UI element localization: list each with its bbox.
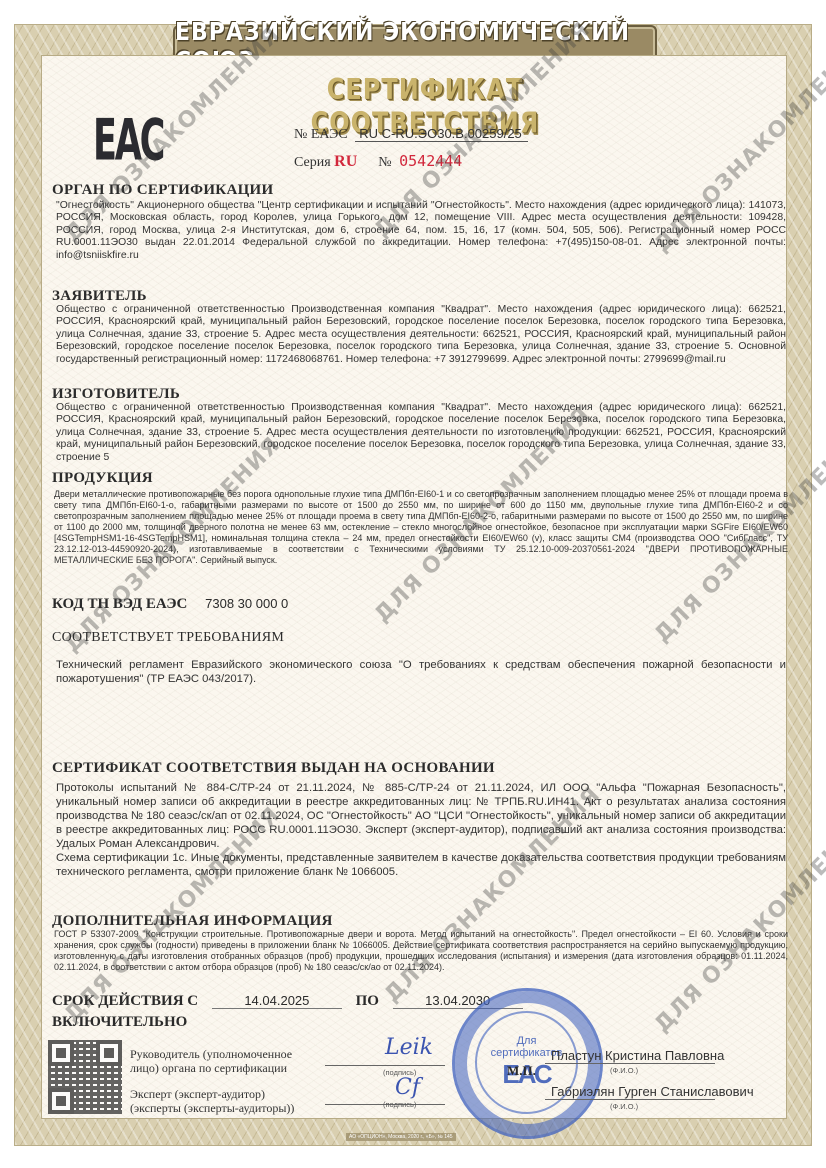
validity-from-date: 14.04.2025 bbox=[212, 993, 342, 1009]
head-label-line-2: лицо) органа по сертификации bbox=[130, 1061, 292, 1075]
expert-signature-caption: (подпись) bbox=[383, 1100, 416, 1109]
section-title-cert-body: ОРГАН ПО СЕРТИФИКАЦИИ bbox=[52, 182, 274, 199]
section-text-basis-scheme: Схема сертификации 1с. Иные документы, п… bbox=[56, 851, 786, 879]
head-name: Пластун Кристина Павловна bbox=[551, 1048, 724, 1063]
section-title-manufacturer: ИЗГОТОВИТЕЛЬ bbox=[52, 386, 180, 403]
section-text-applicant: Общество с ограниченной ответственностью… bbox=[56, 304, 786, 366]
section-text-product: Двери металлические противопожарные без … bbox=[54, 489, 788, 566]
validity-inclusive: ВКЛЮЧИТЕЛЬНО bbox=[52, 1014, 187, 1031]
seal-label: М.П. bbox=[507, 1063, 536, 1079]
section-text-conforms: Технический регламент Евразийского эконо… bbox=[56, 658, 786, 686]
expert-label-line-2: (эксперты (эксперты-аудиторы)) bbox=[130, 1101, 294, 1115]
blank-series: Серия RU № 0542444 bbox=[294, 152, 462, 171]
section-title-additional: ДОПОЛНИТЕЛЬНАЯ ИНФОРМАЦИЯ bbox=[52, 913, 333, 930]
section-text-manufacturer: Общество с ограниченной ответственностью… bbox=[56, 402, 786, 464]
qr-finder-icon bbox=[48, 1040, 74, 1066]
head-name-caption: (Ф.И.О.) bbox=[610, 1066, 638, 1075]
expert-name: Габриэлян Гурген Станиславович bbox=[551, 1084, 754, 1099]
stamp-text-1: Для bbox=[517, 1035, 537, 1047]
expert-name-caption: (Ф.И.О.) bbox=[610, 1102, 638, 1111]
section-title-product: ПРОДУКЦИЯ bbox=[52, 470, 153, 487]
section-text-additional: ГОСТ Р 53307-2009 "Конструкции строитель… bbox=[54, 929, 788, 973]
tnved-code: КОД ТН ВЭД ЕАЭС 7308 30 000 0 bbox=[52, 596, 288, 613]
validity-period: СРОК ДЕЙСТВИЯ С 14.04.2025 ПО 13.04.2030 bbox=[52, 993, 533, 1010]
section-title-conforms: СООТВЕТСТВУЕТ ТРЕБОВАНИЯМ bbox=[52, 630, 284, 646]
section-text-basis: Протоколы испытаний № 884-С/ТР-24 от 21.… bbox=[56, 781, 786, 851]
series-value: RU bbox=[334, 153, 357, 170]
certificate-number-value: RU C-RU.ЭО30.В.00259/25 bbox=[355, 126, 528, 142]
qr-finder-icon bbox=[96, 1040, 122, 1066]
certificate-number: № ЕАЭС RU C-RU.ЭО30.В.00259/25 bbox=[294, 126, 528, 143]
qr-code-icon[interactable] bbox=[48, 1040, 122, 1114]
validity-from-label: СРОК ДЕЙСТВИЯ С bbox=[52, 993, 198, 1009]
head-signature-icon: Leik bbox=[385, 1035, 433, 1060]
blank-number-value: 0542444 bbox=[399, 152, 462, 170]
section-text-cert-body: "Огнестойкость" Акционерного общества "Ц… bbox=[56, 200, 786, 262]
head-name-line bbox=[545, 1063, 715, 1064]
expert-label-line-1: Эксперт (эксперт-аудитор) bbox=[130, 1087, 294, 1101]
tnved-value: 7308 30 000 0 bbox=[205, 596, 288, 611]
expert-signature-icon: Cf bbox=[395, 1075, 420, 1100]
tnved-label: КОД ТН ВЭД ЕАЭС bbox=[52, 596, 187, 612]
validity-to-label: ПО bbox=[356, 993, 379, 1009]
qr-finder-icon bbox=[48, 1088, 74, 1114]
expert-name-line bbox=[545, 1099, 715, 1100]
head-label: Руководитель (уполномоченное лицо) орган… bbox=[130, 1047, 292, 1075]
certificate-number-label: № ЕАЭС bbox=[294, 127, 348, 142]
blank-number-label: № bbox=[378, 155, 391, 170]
eac-mark-icon: ЕАС bbox=[93, 108, 163, 174]
printer-imprint: АО «ОПЦИОН», Москва, 2020 г., «Б», № 145 bbox=[346, 1133, 456, 1141]
series-label: Серия bbox=[294, 155, 331, 170]
expert-label: Эксперт (эксперт-аудитор) (эксперты (экс… bbox=[130, 1087, 294, 1115]
head-label-line-1: Руководитель (уполномоченное bbox=[130, 1047, 292, 1061]
section-title-applicant: ЗАЯВИТЕЛЬ bbox=[52, 288, 147, 305]
head-signature-line bbox=[325, 1065, 445, 1066]
section-title-basis: СЕРТИФИКАТ СООТВЕТСТВИЯ ВЫДАН НА ОСНОВАН… bbox=[52, 760, 495, 777]
